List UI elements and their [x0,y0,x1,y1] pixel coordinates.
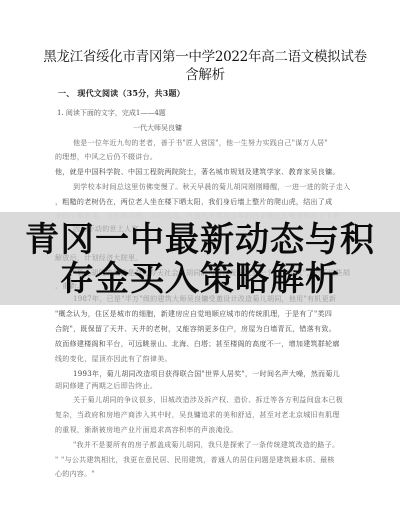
body-line: 线的变化，屋顶亦因此有了韵律美。 [55,355,355,364]
article-title: 一代大师吴良镛 [133,123,182,133]
body-line: 的理想，中风之后仍不辍讲台。 [55,153,355,162]
body-line: "概念认为，住区是城市的细胞，新建房应自觉地顺应城市的传统肌理，于是有了"类四 [55,310,355,319]
body-line: 1993年，菊儿胡同改造项目获得联合国"世界人居奖"，一时间名声大噪，然而菊儿 [73,370,355,379]
headline-line1: 青冈一中最新动态与积 [0,221,400,259]
body-line: "我并不是要所有的房子都盖成菊儿胡同，我只是探索了一条传统建筑改造的路子。 [73,441,355,450]
document-page: 黑龙江省绥化市青冈第一中学2022年高二语文模拟试卷 含解析 一、 现代文阅读（… [0,0,400,517]
body-line: 到学校本时间总这里仿佛变慢了。秋天早晨的菊儿胡同刚刚睡醒，一进一进的院子走入 [73,183,355,192]
document-title: 黑龙江省绥化市青冈第一中学2022年高二语文模拟试卷 含解析 [40,48,370,84]
headline-line2: 存金买入策略解析 [0,260,400,298]
body-line: 他是一位年近九旬的老者，善于书"匠人营国"，他一生努力实践自己"谋万人居" [73,139,355,148]
body-line: 心的内容。" [55,470,355,479]
question-instruction: 1. 阅读下面的文字，完成1——4题 [57,108,166,118]
document-title-line1: 黑龙江省绥化市青冈第一中学2022年高二语文模拟试卷 [40,48,370,66]
body-line: 关于菊儿胡同的争议很多，旧城改造涉及拆产权、造价、拆迁等各方利益间盘本已极 [73,396,355,405]
section-header: 一、 现代文阅读（35分，共3题） [58,88,185,99]
body-line: 合院"，既保留了天井、天井的老树，又能容纳更多住户，房屋为白墙青瓦，错落有致。 [55,325,355,334]
body-line: ，粗糙的老树仍在，两位老人坐在楼下晒太阳，我们身后墙上整片的爬山虎，结出了成 [55,198,355,207]
body-line: 的重视，渐渐被房地产业片面追求高容积率的声浪淹没。 [55,426,355,435]
body-line: " "与公共建筑相比，我更在意民居、民用建筑，普通人的居住问题是建筑最本质、最核 [55,456,355,465]
headline-banner: 因而不动的世上人家。 解放后，计划经济大院里。 "菊儿胡同的改造是要为今天社会在… [0,212,400,305]
body-line: 复杂，当政府和房地产商涉入其中时，吴良镛追求的美和舒适，甚至对老北京城旧有肌理 [55,411,355,420]
document-title-line2: 含解析 [40,66,370,84]
body-line: 胡同修建了两期之后即告终止。 [55,382,355,391]
body-line: 故而修建楼阁和平台，可远眺景山、北海、白塔；甚至楼阁的高度不一，增加建筑群轮廓 [55,340,355,349]
body-line: 他，就是中国科学院、中国工程院两院院士，著名城市规划及建筑学家、教育家吴良镛。 [55,168,355,177]
